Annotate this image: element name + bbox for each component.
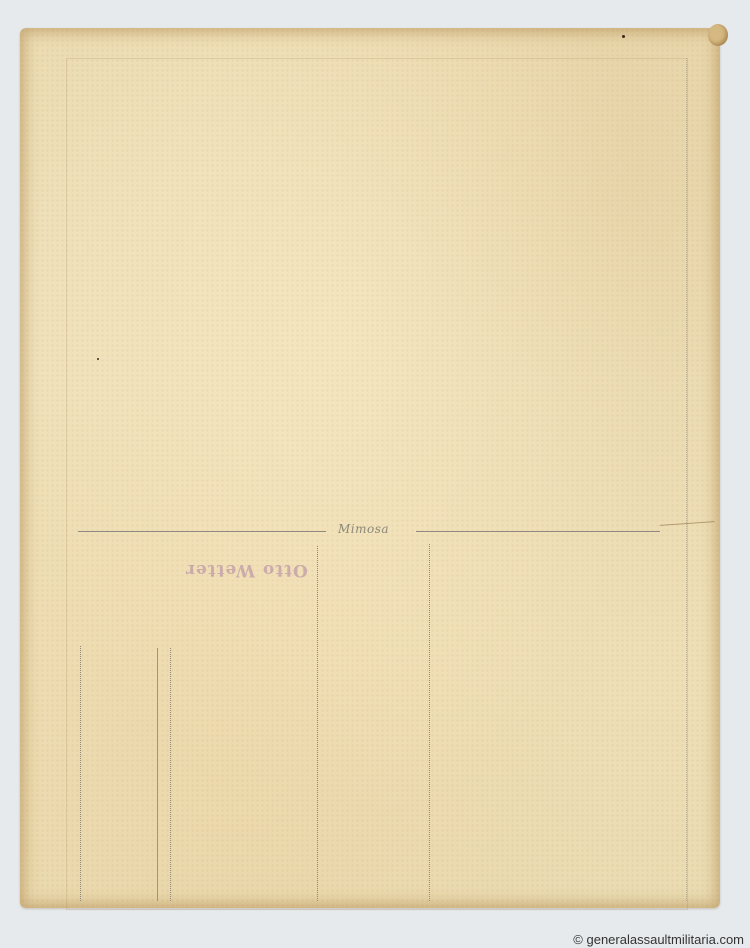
- folded-corner: [708, 24, 728, 46]
- printed-frame: [66, 58, 688, 910]
- ink-spot: [622, 35, 625, 38]
- column-line: [170, 648, 171, 901]
- publisher-mark: Mimosa: [338, 522, 389, 536]
- postcard: Mimosa Otto Wetter: [20, 28, 720, 908]
- divider-line-right: [416, 531, 660, 532]
- column-line: [429, 544, 430, 901]
- column-line: [317, 546, 318, 901]
- frame-edge: [686, 58, 687, 901]
- column-line: [157, 648, 158, 901]
- divider-line-left: [78, 531, 326, 532]
- mirrored-stamp: Otto Wetter: [185, 560, 308, 580]
- copyright-watermark: © generalassaultmilitaria.com: [573, 932, 744, 947]
- column-line: [80, 646, 81, 901]
